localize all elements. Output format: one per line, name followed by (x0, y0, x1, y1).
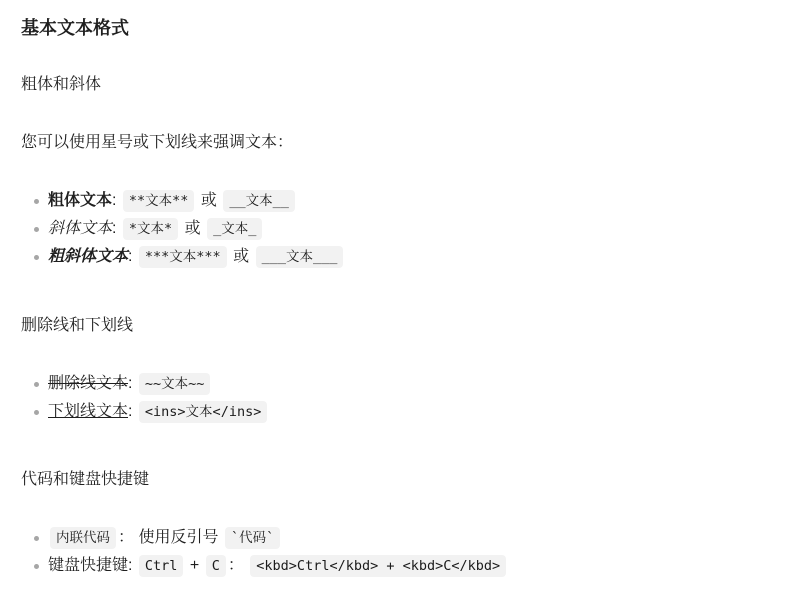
or-text: 或 (233, 248, 249, 265)
paragraph-bold-italic-intro: 粗体和斜体 (21, 73, 776, 97)
colon: ： (228, 557, 244, 574)
strike-underline-list: 删除线文本: ~~文本~~ 下划线文本: <ins>文本</ins> (21, 372, 776, 425)
bold-label: 粗体文本 (48, 192, 112, 209)
list-item-bold-italic-text: 粗斜体文本: ***文本*** 或 ___文本___ (48, 245, 776, 270)
or-text: 或 (201, 192, 217, 209)
page-title: 基本文本格式 (21, 17, 776, 40)
inline-code: 内联代码 (50, 527, 116, 549)
list-item-kbd-shortcut: 键盘快捷键: Ctrl + C： <kbd>Ctrl</kbd> + <kbd>… (48, 554, 776, 579)
or-text: 或 (185, 220, 201, 237)
colon: ： (118, 529, 134, 546)
inline-code: ***文本*** (139, 246, 227, 268)
inline-code: <kbd>Ctrl</kbd> + <kbd>C</kbd> (250, 555, 506, 577)
inline-code: `代码` (225, 527, 280, 549)
colon: : (112, 192, 116, 209)
inline-code: _文本_ (207, 218, 262, 240)
plus-sign: + (190, 557, 199, 574)
document-body: 基本文本格式 粗体和斜体 您可以使用星号或下划线来强调文本： 粗体文本: **文… (0, 0, 800, 579)
bold-italic-label: 粗斜体文本 (48, 248, 128, 265)
paragraph-strike-underline-intro: 删除线和下划线 (21, 314, 776, 338)
underline-label: 下划线文本 (48, 403, 128, 420)
colon: : (128, 375, 132, 392)
paragraph-code-kbd-intro: 代码和键盘快捷键 (21, 468, 776, 492)
list-item-inline-code: 内联代码： 使用反引号 `代码` (48, 526, 776, 551)
colon: : (128, 248, 132, 265)
inline-code: *文本* (123, 218, 178, 240)
list-item-strike-text: 删除线文本: ~~文本~~ (48, 372, 776, 397)
inline-code: ~~文本~~ (139, 373, 211, 395)
kbd-key: C (206, 555, 226, 577)
strike-label: 删除线文本 (48, 375, 128, 392)
inline-code: **文本** (123, 190, 195, 212)
paragraph-emphasis-hint: 您可以使用星号或下划线来强调文本： (21, 131, 776, 155)
colon: : (128, 403, 132, 420)
kbd-key: Ctrl (139, 555, 184, 577)
hint-text: 使用反引号 (138, 529, 218, 546)
bold-italic-list: 粗体文本: **文本** 或 __文本__ 斜体文本: *文本* 或 _文本_ … (21, 189, 776, 269)
list-item-italic-text: 斜体文本: *文本* 或 _文本_ (48, 217, 776, 242)
colon: : (112, 220, 116, 237)
italic-label: 斜体文本 (48, 220, 112, 237)
list-item-bold-text: 粗体文本: **文本** 或 __文本__ (48, 189, 776, 214)
inline-code: ___文本___ (256, 246, 344, 268)
inline-code: __文本__ (223, 190, 295, 212)
colon: : (128, 557, 132, 574)
code-kbd-list: 内联代码： 使用反引号 `代码` 键盘快捷键: Ctrl + C： <kbd>C… (21, 526, 776, 579)
list-item-underline-text: 下划线文本: <ins>文本</ins> (48, 400, 776, 425)
inline-code: <ins>文本</ins> (139, 401, 267, 423)
kbd-label: 键盘快捷键 (48, 557, 128, 574)
